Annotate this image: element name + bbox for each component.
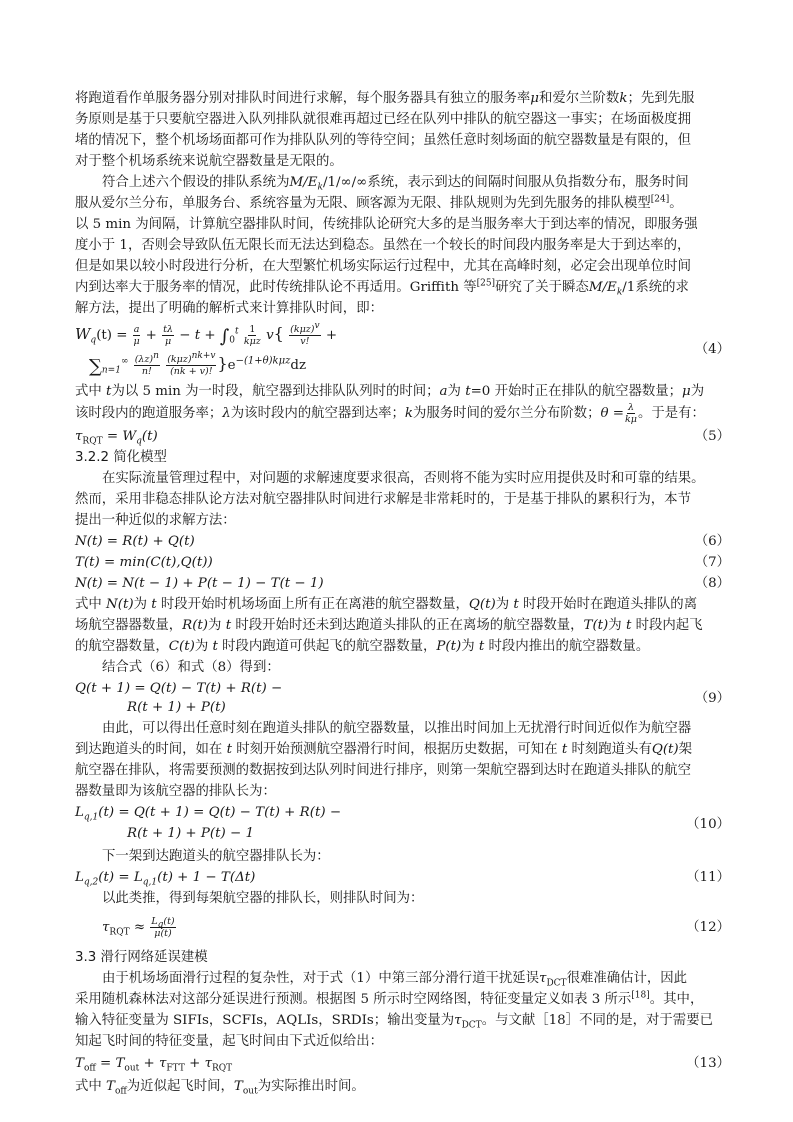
text-line: 输入特征变量为 SIFIs，SCFIs，AQLIs，SRDIs；输出变量为τDC… — [75, 1010, 730, 1031]
text-line: 对于整个机场系统来说航空器数量是无限的。 — [75, 151, 730, 172]
text-line: 下一架到达跑道头的航空器排队长为： — [75, 846, 730, 867]
text-line: 知起飞时间的特征变量，起飞时间由下式近似给出： — [75, 1031, 730, 1052]
text-line: 由于机场场面滑行过程的复杂性，对于式（1）中第三部分滑行道干扰延误τDCT很难准… — [75, 968, 730, 989]
equation-4: Wq(t) = aμ + tλμ − t + ∫0t 1kμz v{ (kμz)… — [75, 319, 730, 381]
text-line: 航空器在排队，将需要预测的数据按到达队列时间进行排序，则第一架航空器到达时在跑道… — [75, 760, 730, 781]
text-line: 式中 N(t)为 t 时段开始时机场场面上所有正在离港的航空器数量，Q(t)为 … — [75, 594, 730, 615]
equation-9: Q(t + 1) = Q(t) − T(t) + R(t) − R(t + 1)… — [75, 678, 730, 718]
text-line: 的航空器数量，C(t)为 t 时段内跑道可供起飞的航空器数量，P(t)为 t 时… — [75, 636, 730, 657]
equation-number: （9） — [695, 688, 730, 709]
text-line: 该时段内的跑道服务率；λ为该时段内的航空器到达率；k为服务时间的爱尔兰分布阶数；… — [75, 402, 730, 426]
equation-number: （10） — [686, 814, 730, 835]
text-line: 式中 Toff为近似起飞时间，Tout为实际推出时间。 — [75, 1076, 730, 1097]
text-line: 以此类推，得到每架航空器的排队长，则排队时间为： — [75, 888, 730, 909]
text-line: 由此，可以得出任意时刻在跑道头排队的航空器数量，以推出时间加上无扰滑行时间近似作… — [75, 718, 730, 739]
equation-number: （4） — [695, 339, 730, 360]
citation[interactable]: [25] — [477, 279, 495, 289]
text-line: 服从爱尔兰分布，单服务台、系统容量为无限、顾客源为无限、排队规则为先到先服务的排… — [75, 193, 730, 214]
equation-8: N(t) = N(t − 1) + P(t − 1) − T(t − 1)（8） — [75, 573, 730, 594]
text-line: 解方法，提出了明确的解析式来计算排队时间，即： — [75, 298, 730, 319]
equation-number: （7） — [695, 552, 730, 573]
text-line: 然而，采用非稳态排队论方法对航空器排队时间进行求解是非常耗时的，于是基于排队的累… — [75, 489, 730, 510]
text-line: 以 5 min 为间隔，计算航空器排队时间，传统排队论研究大多的是当服务率大于到… — [75, 214, 730, 235]
text-line: 提出一种近似的求解方法： — [75, 510, 730, 531]
equation-13: Toff = Tout + τFTT + τRQT（13） — [75, 1052, 730, 1076]
equation-number: （5） — [695, 426, 730, 447]
equation-number: （12） — [686, 909, 730, 947]
equation-12: τRQT ≈ Lq(t)μ(t) （12） — [75, 909, 730, 947]
citation[interactable]: [18] — [631, 991, 649, 1001]
text-line: 结合式（6）和式（8）得到： — [75, 657, 730, 678]
citation[interactable]: [24] — [651, 195, 669, 205]
paper-page: 将跑道看作单服务器分别对排队时间进行求解，每个服务器具有独立的服务率μ和爱尔兰阶… — [75, 88, 730, 1097]
text-line: 度小于 1，否则会导致队伍无限长而无法达到稳态。虽然在一个较长的时间段内服务率是… — [75, 235, 730, 256]
section-heading: 3.2.2 简化模型 — [75, 447, 730, 468]
text-line: 符合上述六个假设的排队系统为M/Ek/1/∞/∞系统，表示到达的间隔时间服从负指… — [75, 172, 730, 193]
text-line: 堵的情况下，整个机场场面都可作为排队队列的等待空间；虽然任意时刻场面的航空器数量… — [75, 130, 730, 151]
equation-5: τRQT = Wq(t)（5） — [75, 426, 730, 447]
text-line: 式中 t为以 5 min 为一时段，航空器到达排队队列时的时间；a为 t=0 开… — [75, 381, 730, 402]
text-line: 在实际流量管理过程中，对问题的求解速度要求很高，否则将不能为实时应用提供及时和可… — [75, 468, 730, 489]
equation-number: （11） — [686, 867, 730, 888]
equation-10: Lq,1(t) = Q(t + 1) = Q(t) − T(t) + R(t) … — [75, 802, 730, 846]
text-line: 但是如果以较小时段进行分析，在大型繁忙机场实际运行过程中，尤其在高峰时刻，必定会… — [75, 256, 730, 277]
equation-11: Lq,2(t) = Lq,1(t) + 1 − T(Δt)（11） — [75, 867, 730, 888]
text-line: 到达跑道头的时间，如在 t 时刻开始预测航空器滑行时间，根据历史数据，可知在 t… — [75, 739, 730, 760]
text-line: 采用随机森林法对这部分延误进行预测。根据图 5 所示时空网络图，特征变量定义如表… — [75, 989, 730, 1010]
equation-7: T(t) = min(C(t),Q(t))（7） — [75, 552, 730, 573]
text-line: 内到达率大于服务率的情况，此时传统排队论不再适用。Griffith 等[25]研… — [75, 277, 730, 298]
text-line: 器数量即为该航空器的排队长为： — [75, 781, 730, 802]
equation-6: N(t) = R(t) + Q(t)（6） — [75, 531, 730, 552]
section-heading: 3.3 滑行网络延误建模 — [75, 947, 730, 968]
text-line: 务原则是基于只要航空器进入队列排队就很难再超过已经在队列中排队的航空器这一事实；… — [75, 109, 730, 130]
equation-number: （6） — [695, 531, 730, 552]
equation-number: （13） — [686, 1052, 730, 1076]
text-line: 将跑道看作单服务器分别对排队时间进行求解，每个服务器具有独立的服务率μ和爱尔兰阶… — [75, 88, 730, 109]
text-line: 场航空器器数量，R(t)为 t 时段开始时还未到达跑道头排队的正在离场的航空器数… — [75, 615, 730, 636]
equation-number: （8） — [695, 573, 730, 594]
